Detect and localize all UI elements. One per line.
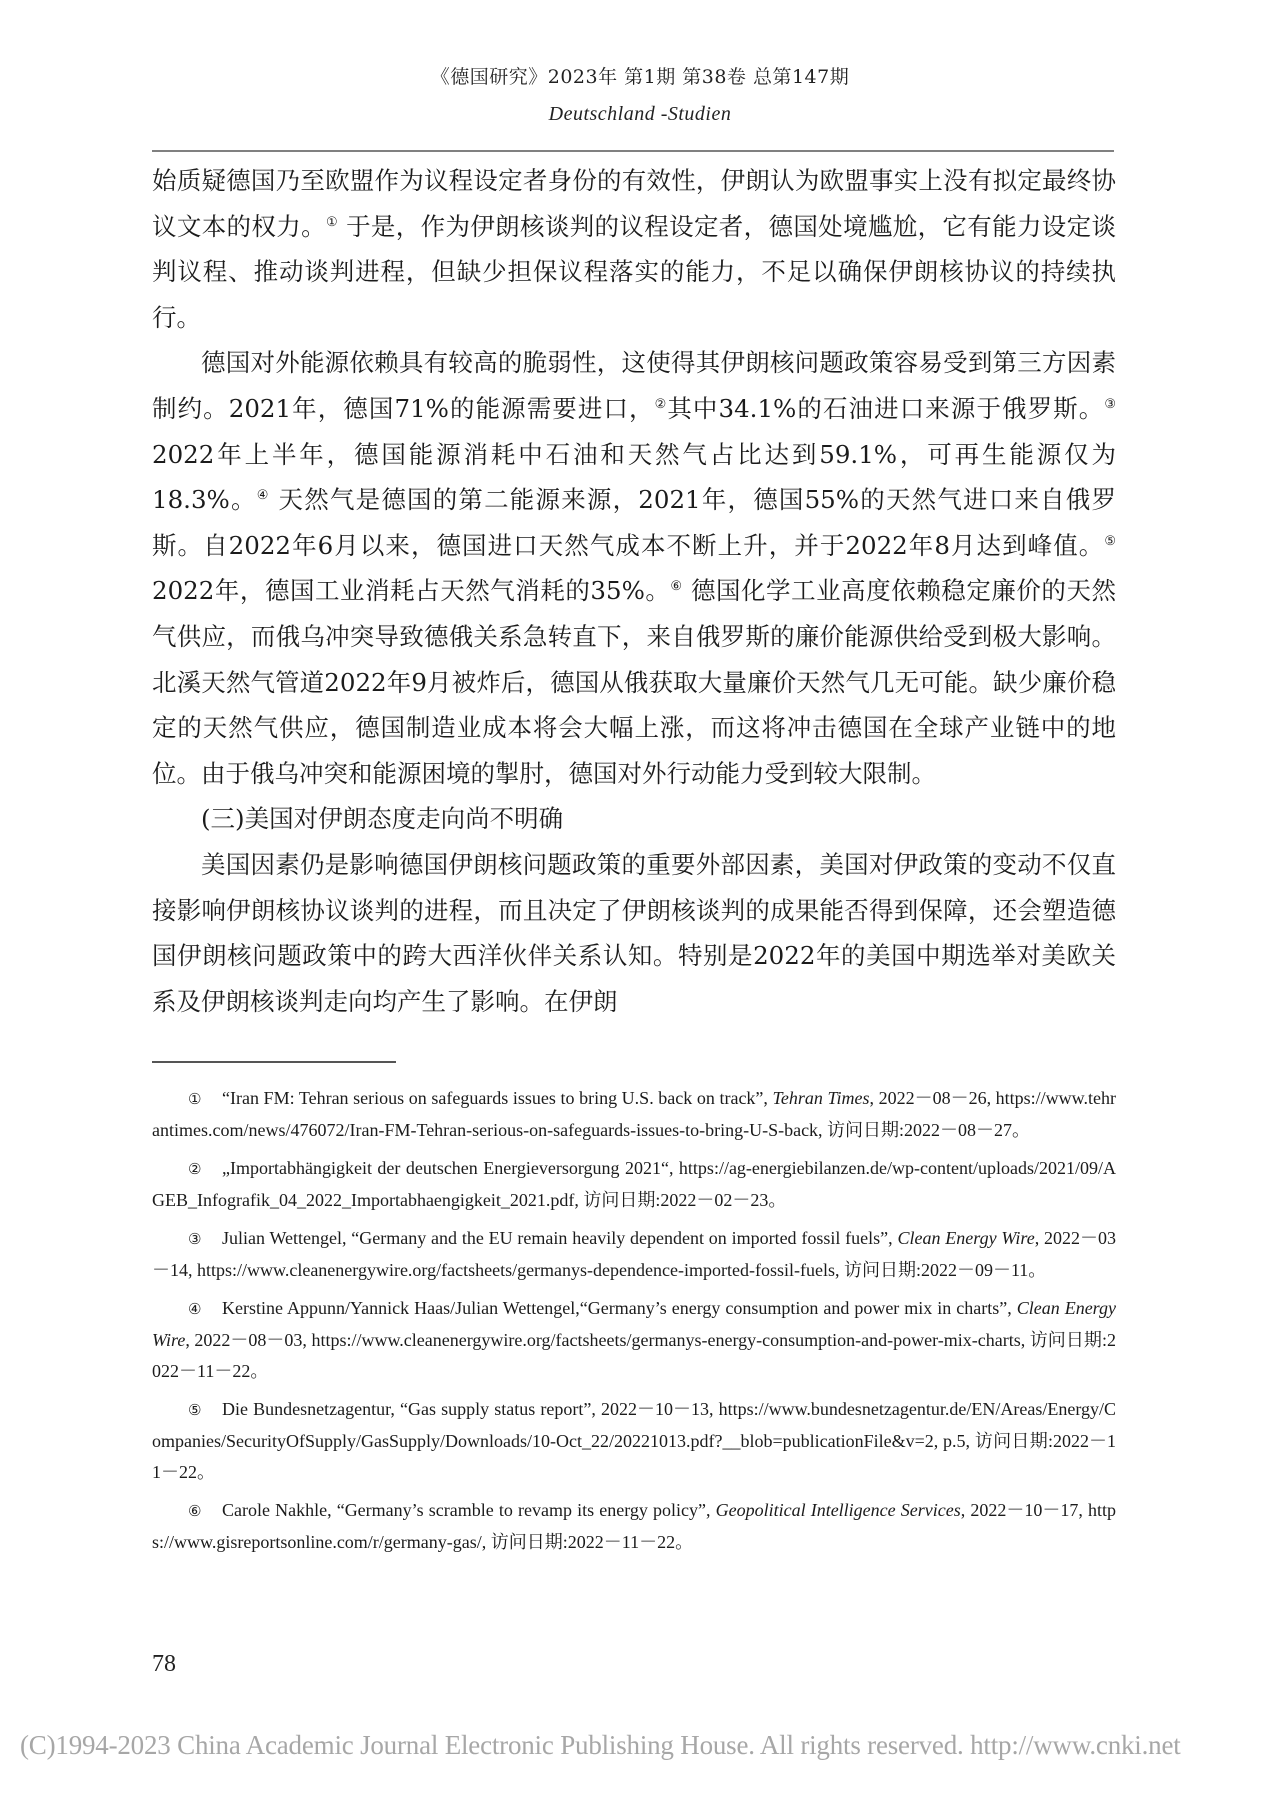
footnote-ref-6[interactable]: ⑥ [670,579,682,594]
source-title: Tehran Times [773,1088,870,1108]
source-title: Geopolitical Intelligence Services [716,1500,961,1520]
footnotes: ①“Iran FM: Tehran serious on safeguards … [152,1083,1116,1565]
running-header: 《德国研究》2023年 第1期 第38卷 总第147期 Deutschland … [160,62,1120,130]
footnote-ref-5[interactable]: ⑤ [1104,534,1116,549]
journal-subtitle: Deutschland -Studien [160,98,1120,130]
footnote-mark: ④ [188,1294,222,1325]
footnote-2: ②„Importabhängigkeit der deutschen Energ… [152,1153,1116,1216]
copyright-watermark: (C)1994-2023 China Academic Journal Elec… [20,1730,1181,1761]
source-title: Clean Energy Wire [897,1228,1034,1248]
page-number: 78 [152,1651,176,1678]
footnote-6: ⑥Carole Nakhle, “Germany’s scramble to r… [152,1495,1116,1558]
footnote-3: ③Julian Wettengel, “Germany and the EU r… [152,1223,1116,1286]
footnote-divider [152,1061,396,1063]
footnote-ref-3[interactable]: ③ [1104,397,1116,412]
footnote-ref-4[interactable]: ④ [257,488,270,503]
paragraph-1: 始质疑德国乃至欧盟作为议程设定者身份的有效性，伊朗认为欧盟事实上没有拟定最终协议… [152,158,1116,340]
footnote-mark: ⑥ [188,1496,222,1527]
journal-issue-line: 《德国研究》2023年 第1期 第38卷 总第147期 [160,62,1120,92]
footnote-ref-2[interactable]: ② [655,397,668,412]
header-divider [152,150,1114,152]
footnote-5: ⑤Die Bundesnetzagentur, “Gas supply stat… [152,1394,1116,1488]
footnote-4: ④Kerstine Appunn/Yannick Haas/Julian Wet… [152,1293,1116,1387]
footnote-mark: ② [188,1154,222,1185]
footnote-ref-1[interactable]: ① [326,214,338,229]
footnote-mark: ③ [188,1224,222,1255]
paragraph-3: 美国因素仍是影响德国伊朗核问题政策的重要外部因素，美国对伊政策的变动不仅直接影响… [152,842,1116,1024]
section-heading: (三)美国对伊朗态度走向尚不明确 [152,796,1116,842]
paragraph-2: 德国对外能源依赖具有较高的脆弱性，这使得其伊朗核问题政策容易受到第三方因素制约。… [152,340,1116,796]
footnote-1: ①“Iran FM: Tehran serious on safeguards … [152,1083,1116,1146]
footnote-mark: ⑤ [188,1395,222,1426]
main-text: 始质疑德国乃至欧盟作为议程设定者身份的有效性，伊朗认为欧盟事实上没有拟定最终协议… [152,158,1116,1024]
footnote-mark: ① [188,1084,222,1115]
